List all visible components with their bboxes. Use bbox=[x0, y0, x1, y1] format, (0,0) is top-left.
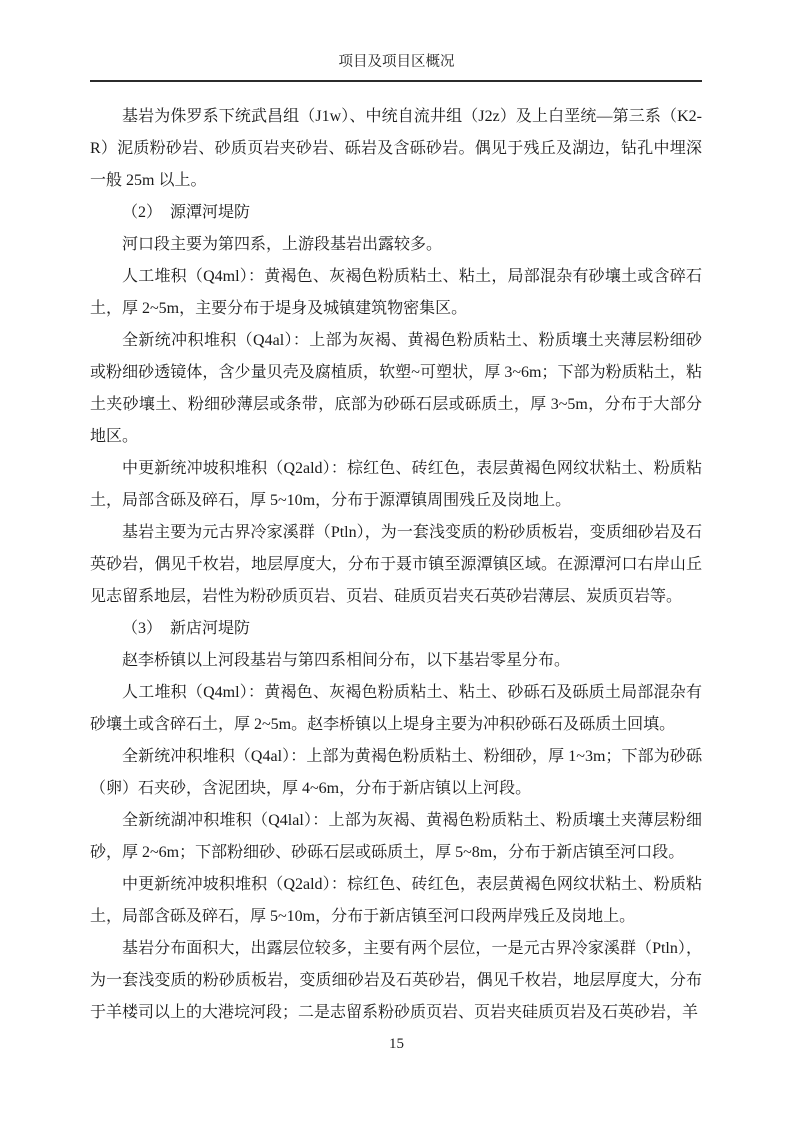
page-number: 15 bbox=[0, 1035, 793, 1053]
para-bedrock-two-horizons: 基岩分布面积大，出露层位较多，主要有两个层位，一是元古界冷家溪群（Ptln），为… bbox=[90, 933, 702, 1029]
para-artificial-fill-q4ml: 人工堆积（Q4ml）：黄褐色、灰褐色粉质粘土、粘土，局部混杂有砂壤土或含碎石土，… bbox=[90, 261, 702, 325]
para-bedrock-overview: 基岩为侏罗系下统武昌组（J1w）、中统自流井组（J2z）及上白垩统—第三系（K2… bbox=[90, 101, 702, 197]
para-mid-pleistocene-q2ald: 中更新统冲坡积堆积（Q2ald）：棕红色、砖红色，表层黄褐色网纹状粘土、粉质粘土… bbox=[90, 453, 702, 517]
para-holocene-lacustrine-q4lal: 全新统湖冲积堆积（Q4lal）：上部为灰褐、黄褐色粉质粘土、粉质壤土夹薄层粉细砂… bbox=[90, 805, 702, 869]
document-page: 项目及项目区概况 基岩为侏罗系下统武昌组（J1w）、中统自流井组（J2z）及上白… bbox=[0, 0, 793, 1122]
para-estuary-quaternary: 河口段主要为第四系，上游段基岩出露较多。 bbox=[90, 229, 702, 261]
para-bedrock-lengjiaxi: 基岩主要为元古界冷家溪群（Ptln），为一套浅变质的粉砂质板岩，变质细砂岩及石英… bbox=[90, 517, 702, 613]
page-header-title: 项目及项目区概况 bbox=[0, 54, 793, 70]
para-holocene-alluvium-q4al-2: 全新统冲积堆积（Q4al）：上部为黄褐色粉质粘土、粉细砂，厚 1~3m；下部为砂… bbox=[90, 741, 702, 805]
para-holocene-alluvium-q4al: 全新统冲积堆积（Q4al）：上部为灰褐、黄褐色粉质粘土、粉质壤土夹薄层粉细砂或粉… bbox=[90, 325, 702, 453]
para-mid-pleistocene-q2ald-2: 中更新统冲坡积堆积（Q2ald）：棕红色、砖红色，表层黄褐色网纹状粘土、粉质粘土… bbox=[90, 869, 702, 933]
para-artificial-fill-q4ml-2: 人工堆积（Q4ml）：黄褐色、灰褐色粉质粘土、粘土、砂砾石及砾质土局部混杂有砂壤… bbox=[90, 677, 702, 741]
document-body: 基岩为侏罗系下统武昌组（J1w）、中统自流井组（J2z）及上白垩统—第三系（K2… bbox=[90, 101, 702, 1029]
heading-yuantan-river-levee: （2） 源潭河堤防 bbox=[90, 197, 702, 229]
header-divider-rule bbox=[90, 80, 702, 82]
heading-xindian-river-levee: （3） 新店河堤防 bbox=[90, 613, 702, 645]
para-zhaoliqiao-distribution: 赵李桥镇以上河段基岩与第四系相间分布，以下基岩零星分布。 bbox=[90, 645, 702, 677]
